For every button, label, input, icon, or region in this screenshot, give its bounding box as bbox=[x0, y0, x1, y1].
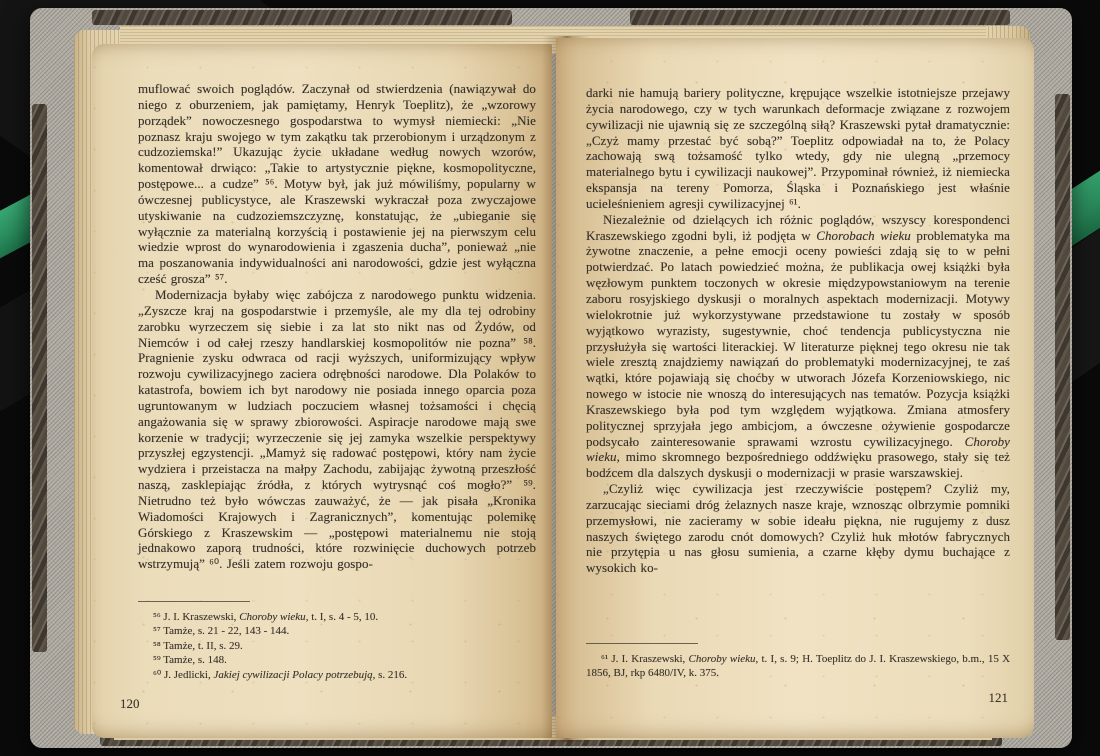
right-page-text: darki nie hamują bariery polityczne, krę… bbox=[586, 85, 1010, 576]
book-photo-scene: muflować swoich poglądów. Zaczynał od st… bbox=[0, 0, 1100, 756]
left-page-text: muflować swoich poglądów. Zaczynał od st… bbox=[138, 81, 536, 572]
footnote-separator bbox=[586, 643, 698, 644]
cover-marble-edge bbox=[630, 10, 1010, 25]
page-number: 120 bbox=[120, 696, 140, 712]
paragraph: „Czyliż więc cywilizacja jest rzeczywiśc… bbox=[586, 481, 1010, 576]
paragraph: Niezależnie od dzielących ich różnic pog… bbox=[586, 212, 1010, 481]
cover-marble-edge bbox=[92, 10, 512, 25]
right-page: darki nie hamują bariery polityczne, krę… bbox=[556, 38, 1034, 738]
cover-marble-edge bbox=[32, 104, 47, 652]
footnote: ⁵⁶ J. I. Kraszewski, Choroby wieku, t. I… bbox=[138, 610, 536, 624]
footnotes: ⁵⁶ J. I. Kraszewski, Choroby wieku, t. I… bbox=[138, 610, 536, 682]
footnote: ⁵⁷ Tamże, s. 21 - 22, 143 - 144. bbox=[138, 624, 536, 638]
cover-marble-edge bbox=[1055, 94, 1070, 640]
footnote-separator bbox=[138, 601, 250, 602]
footnote: ⁵⁹ Tamże, s. 148. bbox=[138, 653, 536, 667]
page-number: 121 bbox=[989, 690, 1009, 706]
footnotes: ⁶¹ J. I. Kraszewski, Choroby wieku, t. I… bbox=[586, 652, 1010, 681]
open-book: muflować swoich poglądów. Zaczynał od st… bbox=[30, 8, 1072, 748]
footnote: ⁶⁰ J. Jedlicki, Jakiej cywilizacji Polac… bbox=[138, 668, 536, 682]
paragraph: muflować swoich poglądów. Zaczynał od st… bbox=[138, 81, 536, 287]
paragraph: darki nie hamują bariery polityczne, krę… bbox=[586, 85, 1010, 212]
left-page: muflować swoich poglądów. Zaczynał od st… bbox=[92, 44, 552, 738]
footnote: ⁶¹ J. I. Kraszewski, Choroby wieku, t. I… bbox=[586, 652, 1010, 681]
paragraph: Modernizacja byłaby więc zabójcza z naro… bbox=[138, 287, 536, 572]
footnote: ⁵⁸ Tamże, t. II, s. 29. bbox=[138, 639, 536, 653]
